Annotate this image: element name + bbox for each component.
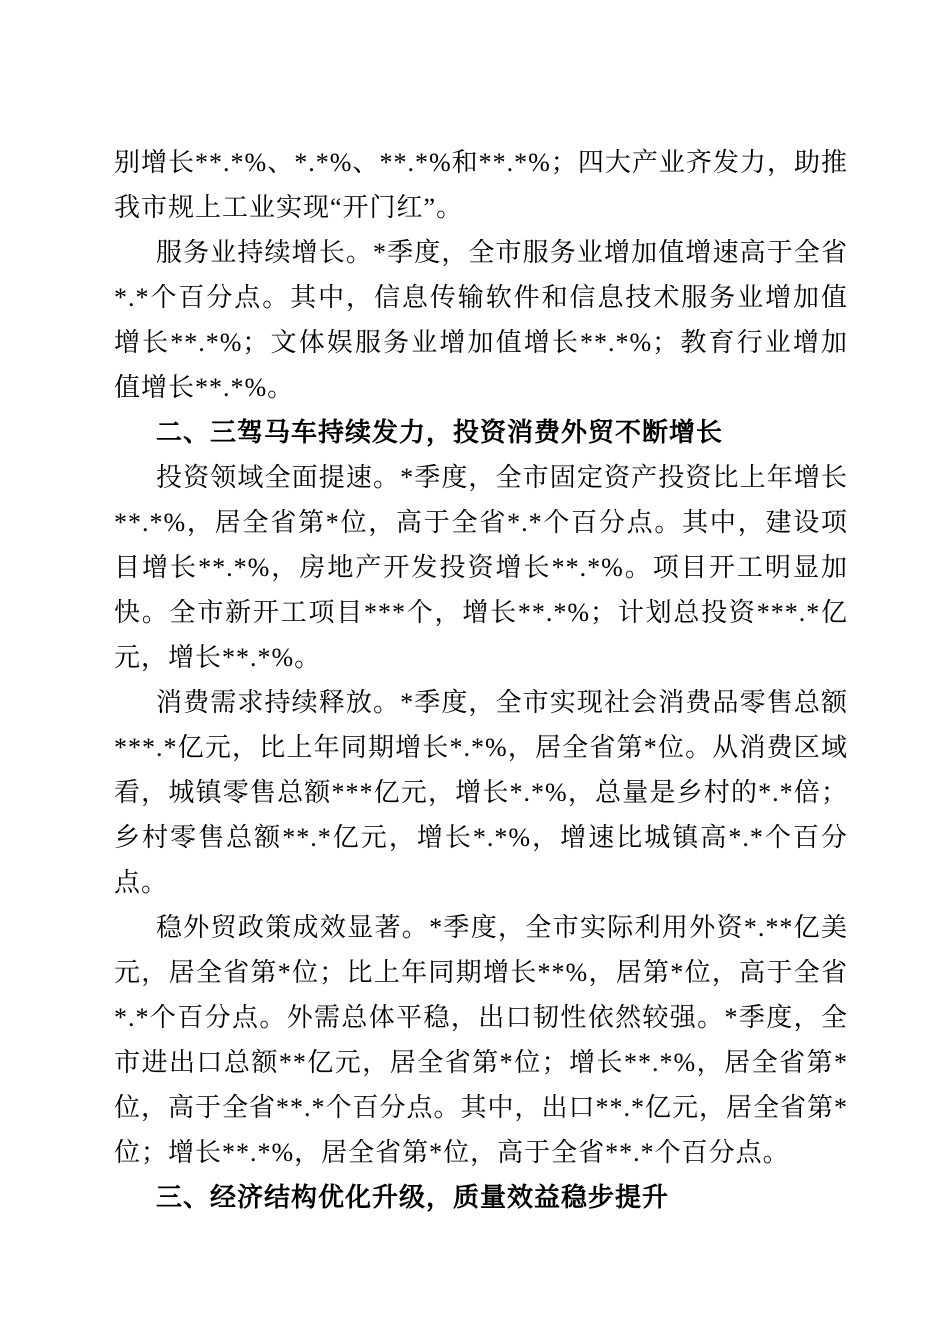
document-page: 别增长**.*%、*.*%、**.*%和**.*%；四大产业齐发力，助推我市规上… bbox=[0, 0, 950, 1344]
section-heading-three: 三、经济结构优化升级，质量效益稳步提升 bbox=[114, 1175, 848, 1220]
paragraph-services-growth: 服务业持续增长。*季度，全市服务业增加值增速高于全省*.*个百分点。其中，信息传… bbox=[114, 230, 848, 410]
paragraph-investment: 投资领域全面提速。*季度，全市固定资产投资比上年增长**.*%，居全省第*位，高… bbox=[114, 455, 848, 680]
paragraph-industry-growth-continued: 别增长**.*%、*.*%、**.*%和**.*%；四大产业齐发力，助推我市规上… bbox=[114, 140, 848, 230]
paragraph-consumption: 消费需求持续释放。*季度，全市实现社会消费品零售总额***.*亿元，比上年同期增… bbox=[114, 680, 848, 905]
paragraph-foreign-trade: 稳外贸政策成效显著。*季度，全市实际利用外资*.**亿美元，居全省第*位；比上年… bbox=[114, 905, 848, 1175]
section-heading-two: 二、三驾马车持续发力，投资消费外贸不断增长 bbox=[114, 410, 848, 455]
